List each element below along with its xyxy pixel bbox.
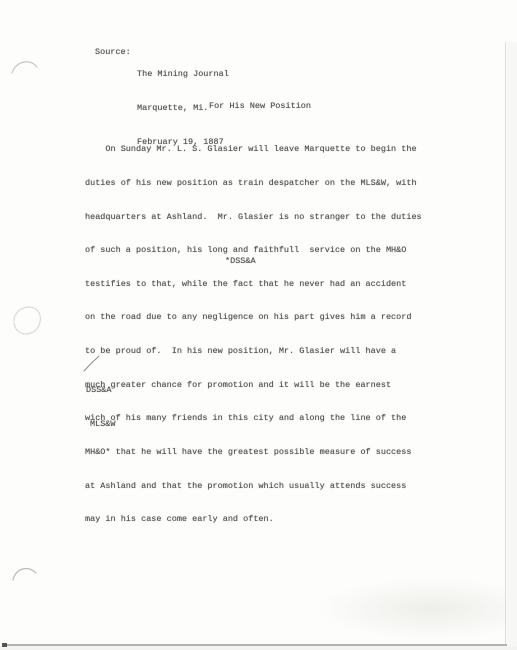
body-line: duties of his new position as train desp… (85, 178, 422, 189)
body-line: much greater chance for promotion and it… (85, 380, 422, 391)
page-edge-bottom-tip (2, 643, 7, 647)
body-line: may in his case come early and often. (85, 514, 422, 525)
pencil-mark-top-left-icon (8, 52, 44, 82)
scan-smudge (315, 578, 510, 640)
footnote-dssa: *DSS&A (225, 256, 256, 267)
margin-note-mlsw: MLS&W (86, 419, 116, 430)
page-edge-bottom-strip (0, 646, 517, 650)
page-edge-right-line (505, 42, 506, 650)
article-body: On Sunday Mr. L. S. Glasier will leave M… (85, 122, 422, 548)
body-line: On Sunday Mr. L. S. Glasier will leave M… (85, 144, 422, 155)
margin-notes: DSS&A MLS&W (86, 363, 116, 453)
scanned-document-page: Source: The Mining Journal Marquette, Mi… (0, 0, 517, 650)
body-line: testifies to that, while the fact that h… (85, 279, 422, 290)
page-edge-right-strip (507, 42, 517, 650)
body-line: on the road due to any negligence on his… (85, 312, 422, 323)
source-publication: The Mining Journal (137, 69, 229, 80)
body-line: of such a position, his long and faithfu… (85, 245, 422, 256)
pencil-mark-middle-left-icon (6, 300, 48, 342)
body-line: MH&O* that he will have the greatest pos… (85, 447, 422, 458)
body-line: headquarters at Ashland. Mr. Glasier is … (85, 212, 422, 223)
pencil-mark-bottom-left-icon (10, 560, 42, 588)
margin-note-dssa: DSS&A (86, 385, 116, 396)
body-line: at Ashland and that the promotion which … (85, 481, 422, 492)
article-title: For His New Position (85, 101, 435, 112)
body-line: to be proud of. In his new position, Mr.… (85, 346, 422, 357)
page-edge-bottom-line (4, 644, 507, 646)
body-line: wich of his many friends in this city an… (85, 413, 422, 424)
